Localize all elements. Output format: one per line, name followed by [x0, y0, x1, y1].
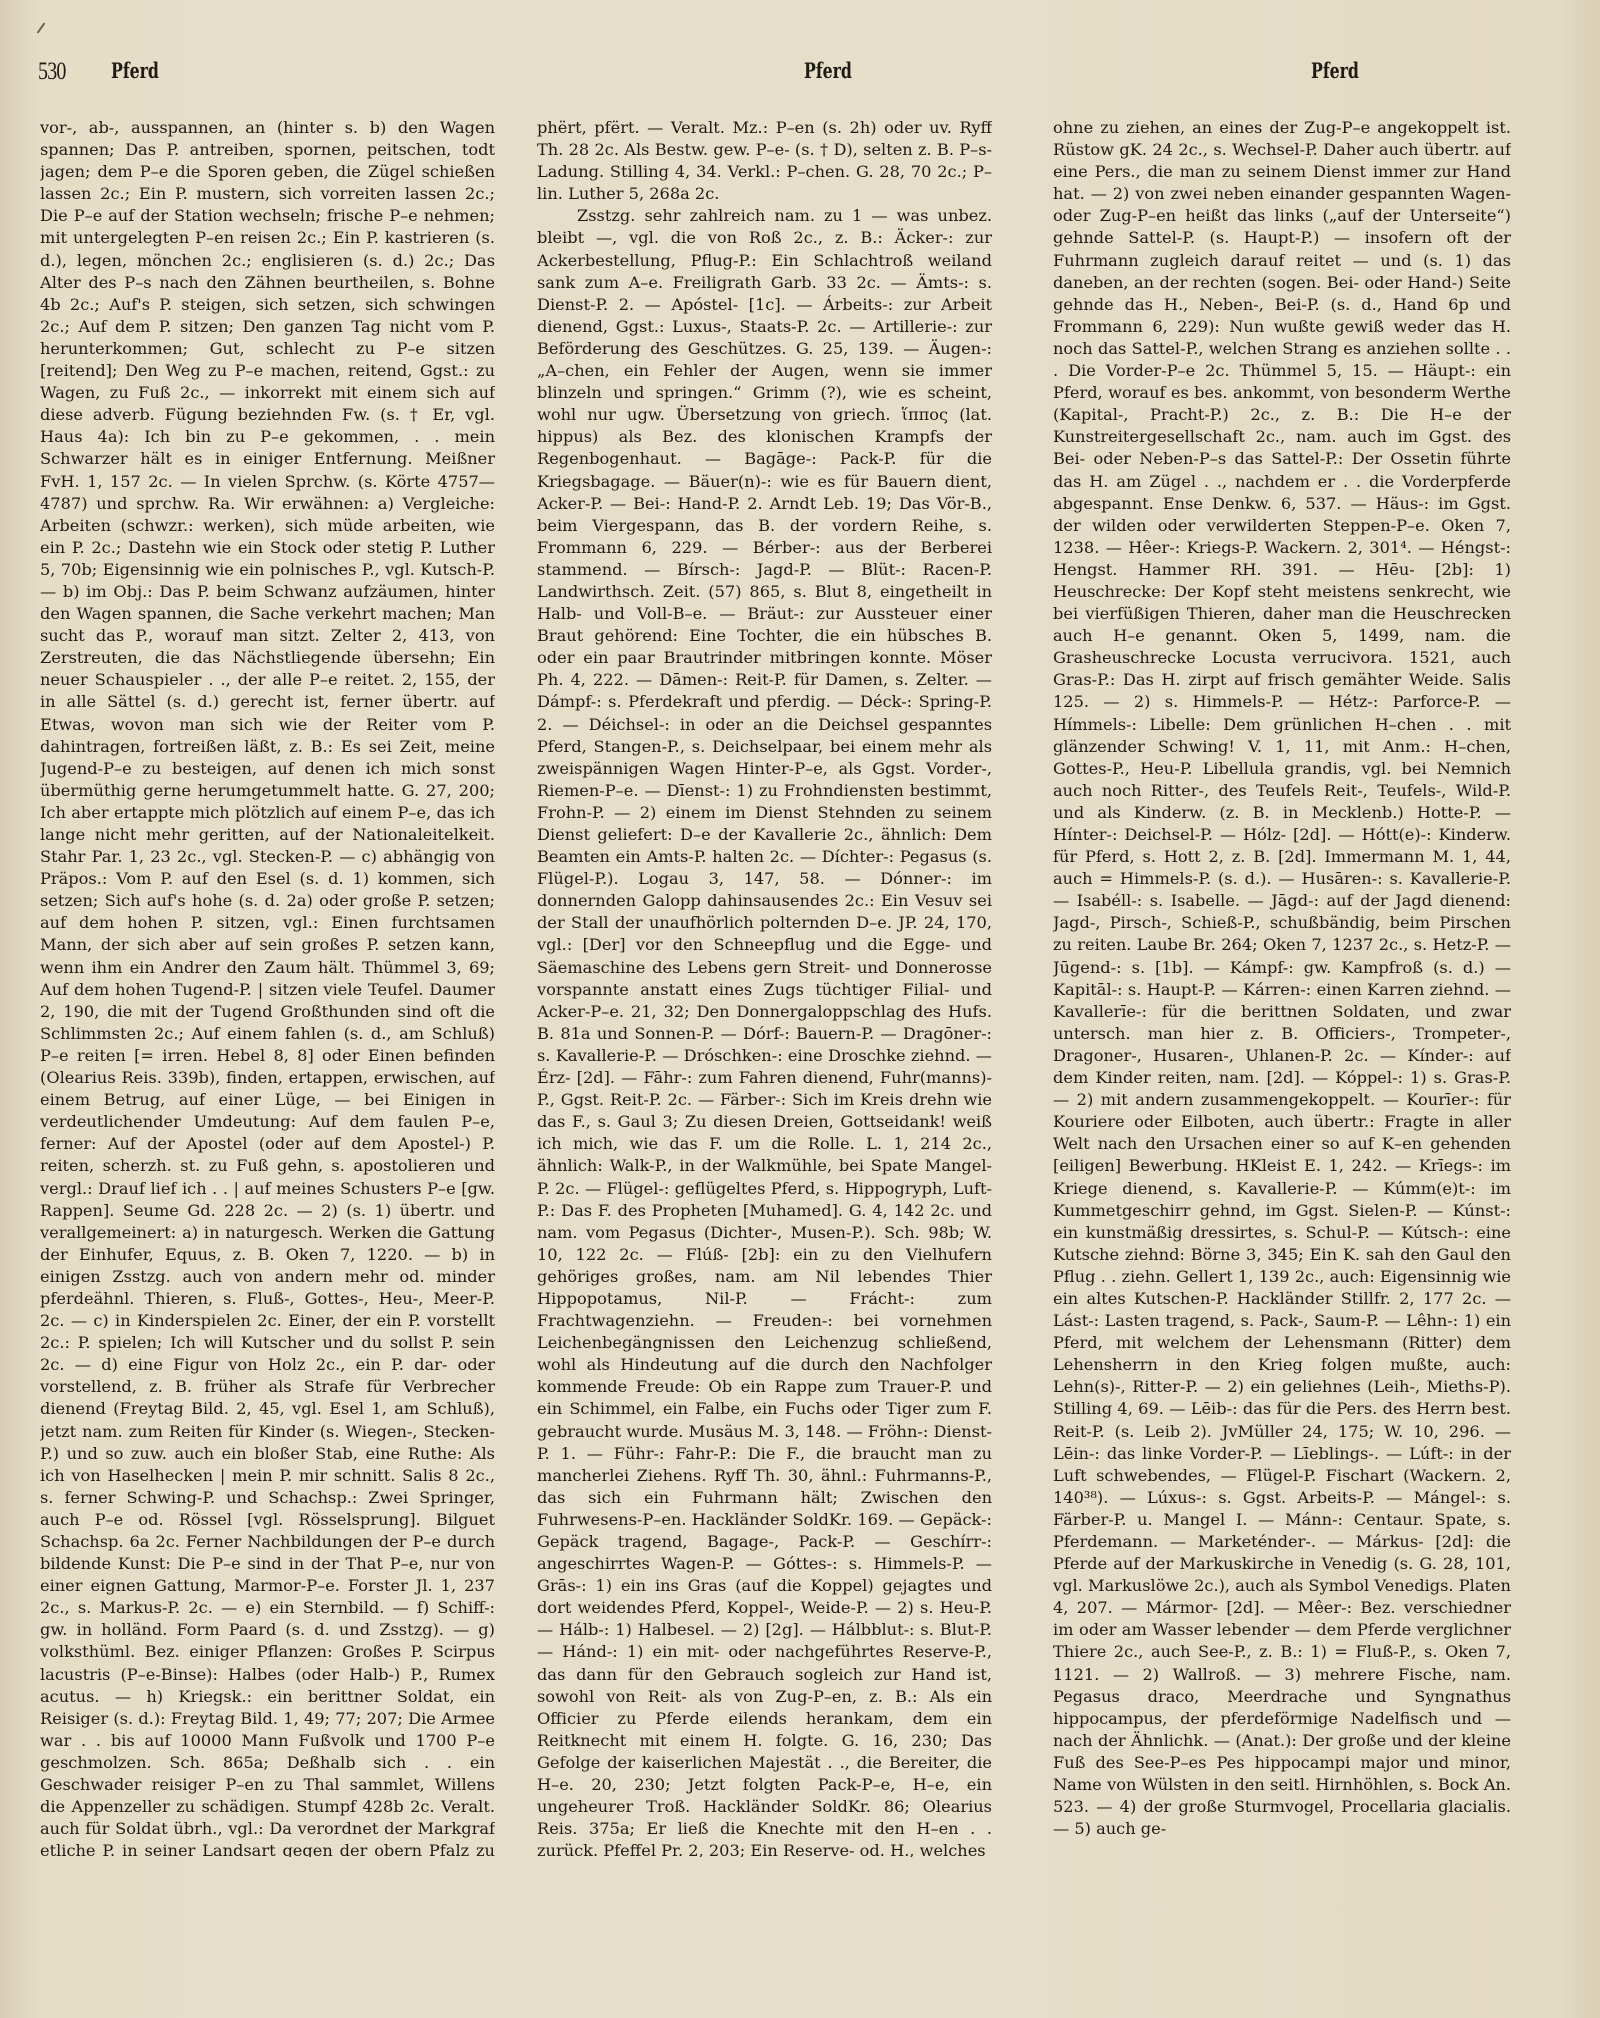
entry-paragraph: phërt, pfërt. — Veralt. Mz.: P–en (s. 2h… — [537, 117, 992, 205]
running-head: 530 Pferd Pferd Pferd — [0, 58, 1600, 88]
entry-paragraph: vor-, ab-, ausspannen, an (hinter s. b) … — [40, 117, 495, 1857]
entry-paragraph: ohne zu ziehen, an eines der Zug-P–e ang… — [1053, 117, 1511, 1840]
running-head-center: Pferd — [804, 58, 852, 83]
running-head-right: Pferd — [1311, 58, 1359, 83]
column-3: ohne zu ziehen, an eines der Zug-P–e ang… — [1053, 117, 1511, 1857]
column-2: phërt, pfërt. — Veralt. Mz.: P–en (s. 2h… — [537, 117, 992, 1857]
dictionary-columns: vor-, ab-, ausspannen, an (hinter s. b) … — [40, 117, 1560, 1857]
column-1: vor-, ab-, ausspannen, an (hinter s. b) … — [40, 117, 495, 1857]
compounds-paragraph: Zsstzg. sehr zahlreich nam. zu 1 — was u… — [537, 205, 992, 1857]
page-number: 530 — [38, 58, 66, 86]
pencil-mark — [37, 23, 46, 34]
running-head-left: Pferd — [111, 58, 159, 83]
